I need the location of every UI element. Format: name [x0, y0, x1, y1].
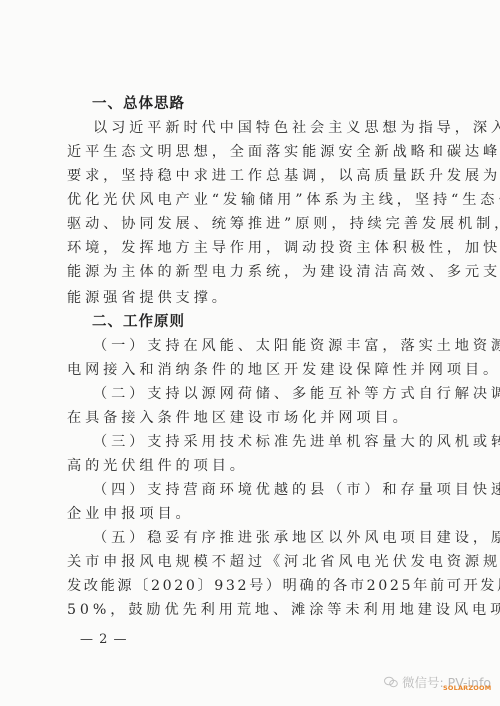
paragraph-line: 环境，发挥地方主导作用，调动投资主体积极性，加快构建以新 — [67, 236, 437, 260]
document-page: 一、总体思路 以习近平新时代中国特色社会主义思想为指导，深入贯彻习 近平生态文明… — [0, 0, 500, 706]
principle-item-5-line: 发改能源〔2020〕932号）明确的各市2025年前可开发风电规模的 — [67, 574, 437, 598]
paragraph-line: 以习近平新时代中国特色社会主义思想为指导，深入贯彻习 — [93, 116, 437, 140]
principle-item-4-line: （四）支持营商环境优越的县（市）和存量项目快速推进的 — [93, 478, 437, 502]
principle-item-1-line: （一）支持在风能、太阳能资源丰富，落实土地资源，具备 — [93, 334, 437, 358]
watermark-brand: SOLARZOOM — [443, 684, 491, 692]
paragraph-line: 要求，坚持稳中求进工作总基调，以高质量跃升发展为主题，以 — [67, 164, 437, 188]
principle-item-3-line: （三）支持采用技术标准先进单机容量大的风机或转换效率 — [93, 430, 437, 454]
principle-item-2-line: 在具备接入条件地区建设市场化并网项目。 — [67, 406, 437, 430]
principle-item-2-line: （二）支持以源网荷储、多能互补等方式自行解决调峰问题， — [93, 382, 437, 406]
principle-item-5-line: （五）稳妥有序推进张承地区以外风电项目建设，原则上有 — [93, 526, 437, 550]
paragraph-line: 优化光伏风电产业“发输储用”体系为主线，坚持“生态优先、创新 — [67, 188, 437, 212]
wechat-icon — [384, 676, 398, 688]
page-number: — 2 — — [80, 630, 128, 650]
paragraph-line: 近平生态文明思想，全面落实能源安全新战略和碳达峰、碳中和 — [67, 140, 437, 164]
principle-item-1-line: 电网接入和消纳条件的地区开发建设保障性并网项目。 — [67, 358, 437, 382]
section-heading-overall-approach: 一、总体思路 — [92, 92, 185, 116]
principle-item-3-line: 高的光伏组件的项目。 — [67, 454, 437, 478]
paragraph-line: 能源强省提供支撑。 — [67, 286, 437, 310]
principle-item-4-line: 企业申报项目。 — [67, 502, 437, 526]
paragraph-line: 驱动、协同发展、统筹推进”原则，持续完善发展机制，优化发展 — [67, 212, 437, 236]
principle-item-5-line: 关市申报风电规模不超过《河北省风电光伏发电资源规划》（冀 — [67, 550, 437, 574]
principle-item-5-line: 50%，鼓励优先利用荒地、滩涂等未利用地建设风电项目。 — [67, 598, 437, 622]
section-heading-work-principles: 二、工作原则 — [92, 310, 185, 334]
paragraph-line: 能源为主体的新型电力系统，为建设清洁高效、多元支撑的新型 — [67, 260, 437, 284]
